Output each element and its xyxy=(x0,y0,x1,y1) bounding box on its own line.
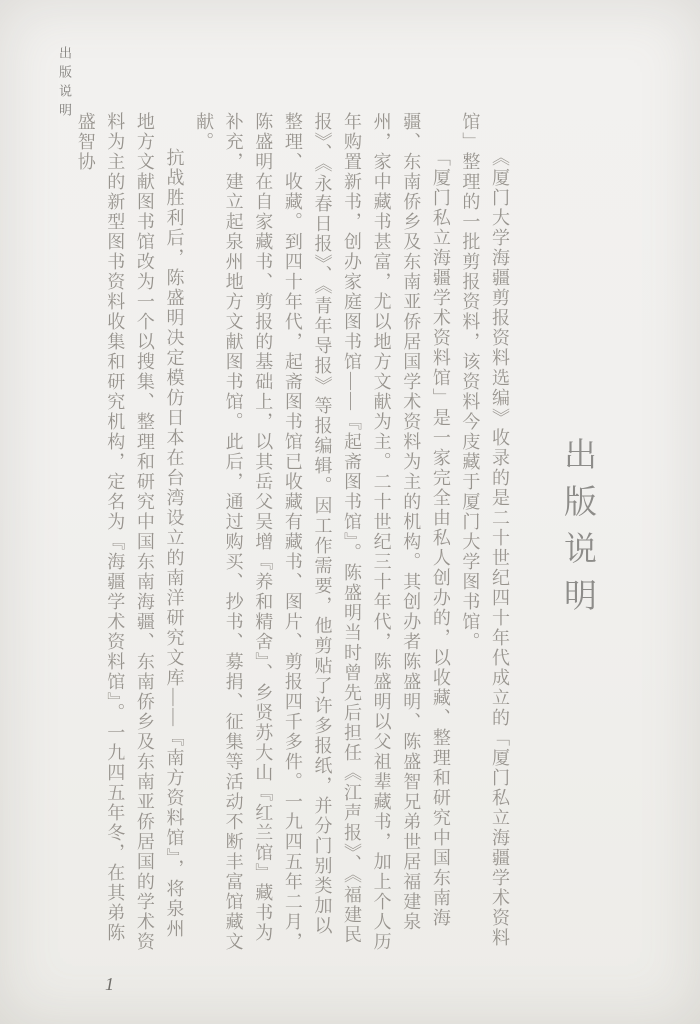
body-text: 《厦门大学海疆剪报资料选编》收录的是二十世纪四十年代成立的「厦门私立海疆学术资料… xyxy=(129,112,514,954)
paragraph: 「厦门私立海疆学术资料馆」是一家完全由私人创办的，以收藏、整理和研究中国东南海疆… xyxy=(188,112,454,954)
paragraph: 《厦门大学海疆剪报资料选编》收录的是二十世纪四十年代成立的「厦门私立海疆学术资料… xyxy=(455,112,514,954)
running-side-label: 出版说明 xyxy=(55,46,74,122)
book-page: 出版说明 出版说明 《厦门大学海疆剪报资料选编》收录的是二十世纪四十年代成立的「… xyxy=(0,0,700,1024)
page-title: 出版说明 xyxy=(554,437,601,625)
page-number: 1 xyxy=(105,974,114,995)
paragraph: 抗战胜利后，陈盛明决定模仿日本在台湾设立的南洋研究文库——『南方资料馆』，将泉州… xyxy=(70,112,188,954)
